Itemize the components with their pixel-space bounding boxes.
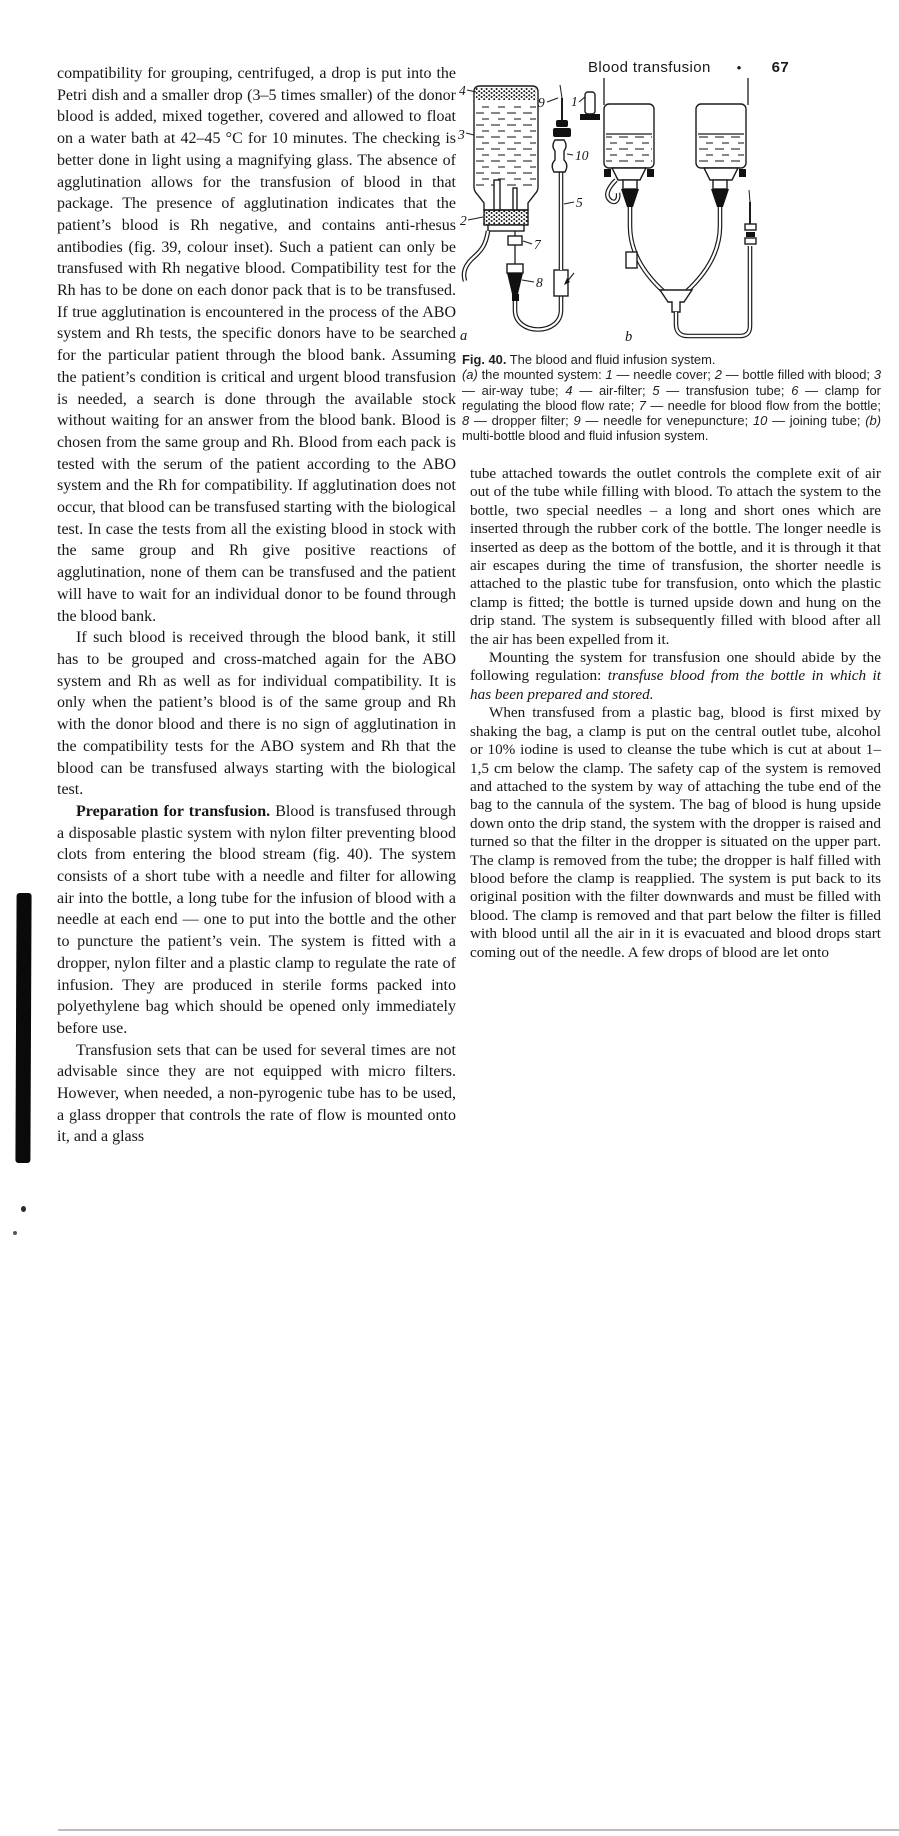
rubber-cork: [484, 210, 528, 225]
paragraph: (a) the mounted system: 1 — needle cover…: [462, 367, 881, 443]
right-column: tube attached towards the outlet control…: [470, 465, 881, 962]
fig-b-multibottle-system: b: [604, 78, 756, 345]
label-2-bottle: 2: [460, 213, 467, 228]
text-segment: tube attached towards the outlet control…: [470, 465, 881, 648]
needle-cover: [585, 92, 595, 114]
text-segment: 9: [574, 413, 581, 428]
label-9-venepuncture-needle: 9: [538, 95, 545, 110]
text-segment: 4: [565, 383, 572, 398]
b-needle-collar-upper: [745, 224, 756, 230]
paragraph: When transfused from a plastic bag, bloo…: [470, 704, 881, 962]
text-segment: — air-filter;: [573, 383, 653, 398]
text-segment: — bottle filled with blood;: [722, 367, 874, 382]
book-page: Blood transfusion • 67 compatibility for…: [0, 0, 899, 1836]
text-segment: 5: [652, 383, 659, 398]
sublabel-a: a: [460, 328, 467, 344]
needle-tip: [560, 85, 562, 98]
needle-collar: [553, 128, 571, 137]
bottle-b2-fluid: [698, 136, 744, 166]
label-7-bottle-needle: 7: [534, 237, 542, 252]
b-needle-collar-lower: [745, 238, 756, 244]
text-segment: — transfusion tube;: [660, 383, 792, 398]
needle-cover-base: [580, 114, 600, 120]
b2-dropper-top: [713, 180, 727, 189]
dropper-outlet: [512, 294, 519, 301]
text-segment: — needle cover;: [613, 367, 715, 382]
paragraph: Mounting the system for transfusion one …: [470, 649, 881, 704]
text-segment: When transfused from a plastic bag, bloo…: [470, 704, 881, 960]
page-edge-line: [58, 1829, 899, 1831]
caption-title-line: Fig. 40. The blood and fluid infusion sy…: [462, 352, 881, 367]
binding-shadow-bar: [15, 893, 31, 1163]
joining-tube: [552, 140, 567, 172]
long-needle-in-bottle: [494, 180, 500, 210]
caption-figure-title: The blood and fluid infusion system.: [506, 352, 715, 367]
bottle-b1-fluid: [606, 136, 652, 166]
text-segment: compatibility for grouping, centrifuged,…: [57, 65, 456, 625]
text-segment: 7: [639, 398, 646, 413]
paragraph: If such blood is received through the bl…: [57, 627, 456, 801]
text-segment: — joining tube;: [767, 413, 865, 428]
figure-40-caption: Fig. 40. The blood and fluid infusion sy…: [462, 352, 881, 444]
header-bullet: •: [737, 60, 742, 75]
b1-dropper-cone: [621, 189, 639, 207]
b1-clamp: [626, 252, 637, 268]
text-segment: 3: [874, 367, 881, 382]
text-segment: 1: [606, 367, 613, 382]
caption-detail: (a) the mounted system: 1 — needle cover…: [462, 367, 881, 443]
paragraph: compatibility for grouping, centrifuged,…: [57, 63, 456, 627]
needle-base: [556, 120, 568, 127]
text-segment: Preparation for transfusion.: [76, 803, 270, 820]
text-segment: (b): [865, 413, 881, 428]
text-segment: — air-way tube;: [462, 383, 565, 398]
text-segment: 2: [715, 367, 722, 382]
bottle-b1-neck: [612, 168, 646, 180]
b-needle-tip: [749, 190, 750, 202]
label-8-dropper-filter: 8: [536, 275, 543, 290]
text-segment: multi-bottle blood and fluid infusion sy…: [462, 428, 708, 443]
short-needle-in-bottle: [513, 188, 517, 210]
bottle-b2-neck: [704, 168, 738, 180]
cork-flange: [488, 225, 524, 231]
text-segment: — needle for venepuncture;: [581, 413, 753, 428]
label-4-air-filter: 4: [459, 83, 466, 98]
text-segment: Blood is transfused through a disposable…: [57, 803, 456, 1037]
caption-figure-number: Fig. 40.: [462, 352, 506, 367]
text-segment: — needle for blood flow from the bottle;: [646, 398, 881, 413]
sublabel-b: b: [625, 329, 632, 345]
label-5-transfusion-tube: 5: [576, 195, 583, 210]
blood-fill-hatching: [476, 104, 536, 188]
y-junction: [660, 290, 692, 312]
paragraph: tube attached towards the outlet control…: [470, 465, 881, 649]
label-10-joining-tube: 10: [575, 148, 589, 163]
dropper-filter-cone: [507, 273, 523, 294]
scan-speck: [21, 1206, 26, 1212]
needle-hub: [508, 236, 522, 245]
b2-dropper-cone: [711, 189, 729, 207]
scan-speck: [13, 1231, 17, 1235]
text-segment: Transfusion sets that can be used for se…: [57, 1042, 456, 1146]
text-segment: (a): [462, 367, 478, 382]
paragraph: Preparation for transfusion. Blood is tr…: [57, 801, 456, 1040]
text-segment: If such blood is received through the bl…: [57, 629, 456, 798]
b1-dropper-top: [623, 180, 637, 189]
paragraph: Transfusion sets that can be used for se…: [57, 1040, 456, 1149]
label-3-airway-tube: 3: [458, 127, 465, 142]
left-column: compatibility for grouping, centrifuged,…: [57, 63, 456, 1148]
label-1-needle-cover: 1: [571, 94, 578, 109]
bottle-bottom-stipple: [476, 88, 536, 100]
fig-a-mounted-system: 4 3 2 7 8 9 1 10 5 a: [458, 83, 600, 344]
dropper-top: [507, 264, 523, 273]
text-segment: the mounted system:: [478, 367, 606, 382]
figure-40-illustration: 4 3 2 7 8 9 1 10 5 a: [458, 74, 890, 348]
text-segment: 10: [753, 413, 767, 428]
text-segment: — dropper filter;: [469, 413, 573, 428]
